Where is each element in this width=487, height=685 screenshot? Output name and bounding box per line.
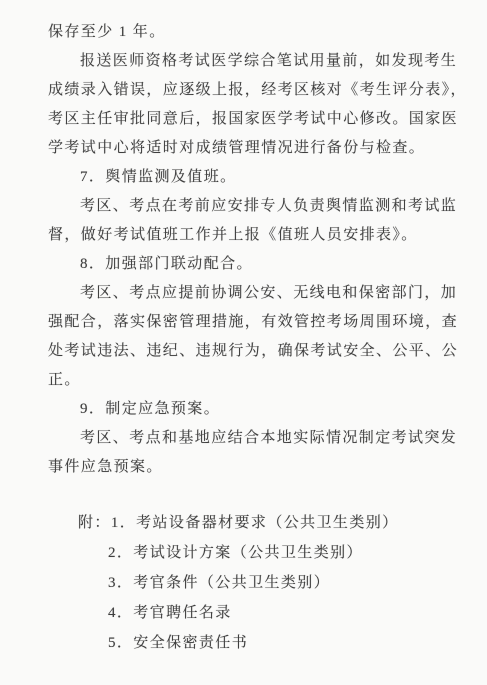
attachment-item: 3．考官条件（公共卫生类别） [108, 568, 487, 598]
attachment-item: 附：1．考站设备器材要求（公共卫生类别） [78, 508, 487, 538]
body-line: 成绩录入错误，应逐级上报，经考区核对《考生评分表》， [48, 76, 487, 105]
attachment-item: 2．考试设计方案（公共卫生类别） [108, 538, 487, 568]
body-line: 督，做好考试值班工作并上报《值班人员安排表》。 [48, 221, 487, 250]
body-line: 正。 [48, 366, 487, 395]
attachment-label: 附： [78, 508, 111, 538]
body-line: 考区主任审批同意后，报国家医学考试中心修改。国家医 [48, 105, 487, 134]
document-body: 保存至少 1 年。 报送医师资格考试医学综合笔试用量前，如发现考生 成绩录入错误… [0, 0, 487, 482]
body-line: 处考试违法、违纪、违规行为，确保考试安全、公平、公 [48, 337, 487, 366]
numbered-heading: 8．加强部门联动配合。 [80, 250, 487, 279]
body-line: 考区、考点在考前应安排专人负责舆情监测和考试监 [80, 192, 487, 221]
body-line: 考区、考点应提前协调公安、无线电和保密部门，加 [80, 279, 487, 308]
attachment-item: 5．安全保密责任书 [108, 628, 487, 658]
section-gap [0, 482, 487, 508]
attachment-item: 4．考官聘任名录 [108, 598, 487, 628]
body-line: 报送医师资格考试医学综合笔试用量前，如发现考生 [80, 47, 487, 76]
body-line: 考区、考点和基地应结合本地实际情况制定考试突发 [80, 424, 487, 453]
body-line: 事件应急预案。 [48, 453, 487, 482]
attachment-list: 附：1．考站设备器材要求（公共卫生类别） 2．考试设计方案（公共卫生类别） 3．… [0, 508, 487, 658]
body-line: 学考试中心将适时对成绩管理情况进行备份与检查。 [48, 134, 487, 163]
numbered-heading: 9．制定应急预案。 [80, 395, 487, 424]
attachment-item-text: 1．考站设备器材要求（公共卫生类别） [111, 515, 399, 531]
numbered-heading: 7．舆情监测及值班。 [80, 163, 487, 192]
body-line: 保存至少 1 年。 [48, 18, 487, 47]
document-page: 保存至少 1 年。 报送医师资格考试医学综合笔试用量前，如发现考生 成绩录入错误… [0, 0, 487, 685]
body-line: 强配合，落实保密管理措施，有效管控考场周围环境，查 [48, 308, 487, 337]
